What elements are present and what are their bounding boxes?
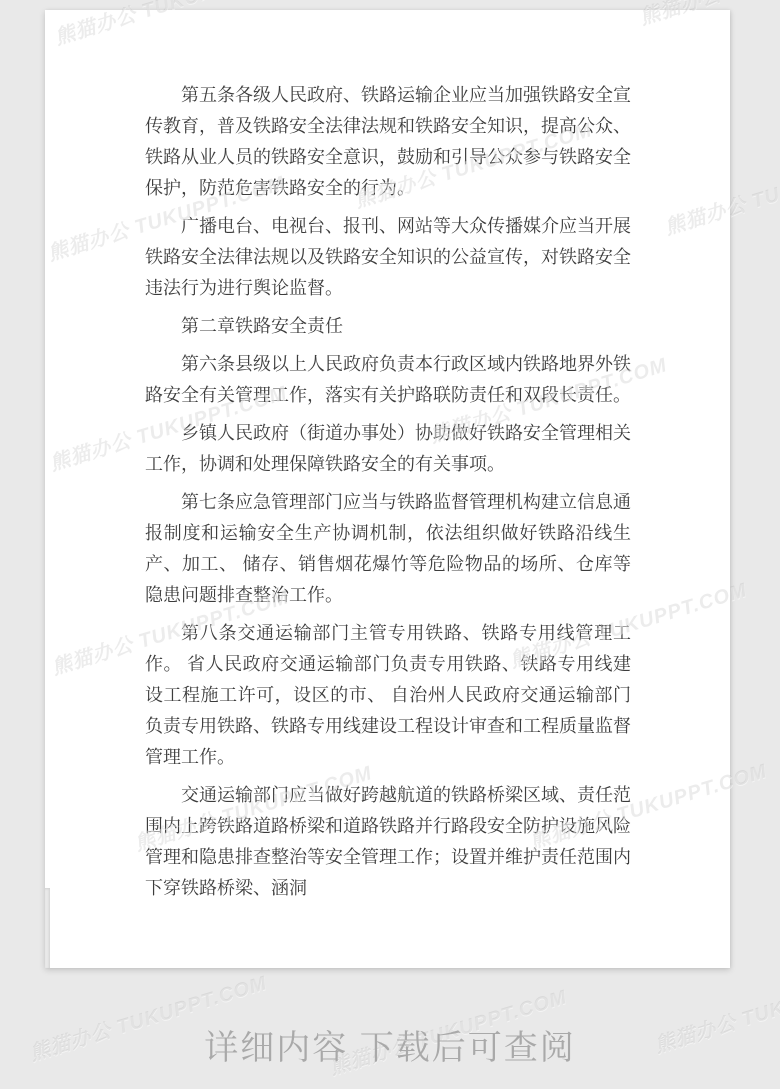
chapter-heading: 第二章铁路安全责任 — [145, 311, 631, 342]
template-preview-canvas: 第五条各级人民政府、铁路运输企业应当加强铁路安全宣传教育，普及铁路安全法律法规和… — [0, 0, 780, 1089]
document-paragraph: 乡镇人民政府（街道办事处）协助做好铁路安全管理相关工作，协调和处理保障铁路安全的… — [145, 418, 631, 480]
document-paragraph: 第六条县级以上人民政府负责本行政区域内铁路地界外铁路安全有关管理工作，落实有关护… — [145, 349, 631, 411]
document-paragraph: 第五条各级人民政府、铁路运输企业应当加强铁路安全宣传教育，普及铁路安全法律法规和… — [145, 80, 631, 204]
document-paragraph: 交通运输部门应当做好跨越航道的铁路桥梁区域、责任范围内上跨铁路道路桥梁和道路铁路… — [145, 780, 631, 904]
next-page-edge — [45, 888, 50, 968]
download-hint-text: 详细内容 下载后可查阅 — [0, 1020, 780, 1069]
document-body: 第五条各级人民政府、铁路运输企业应当加强铁路安全宣传教育，普及铁路安全法律法规和… — [145, 80, 631, 911]
document-paragraph: 第七条应急管理部门应当与铁路监督管理机构建立信息通报制度和运输安全生产协调机制，… — [145, 487, 631, 611]
document-paragraph: 第八条交通运输部门主管专用铁路、铁路专用线管理工作。 省人民政府交通运输部门负责… — [145, 618, 631, 773]
document-paragraph: 广播电台、电视台、报刊、网站等大众传播媒介应当开展铁路安全法律法规以及铁路安全知… — [145, 211, 631, 304]
